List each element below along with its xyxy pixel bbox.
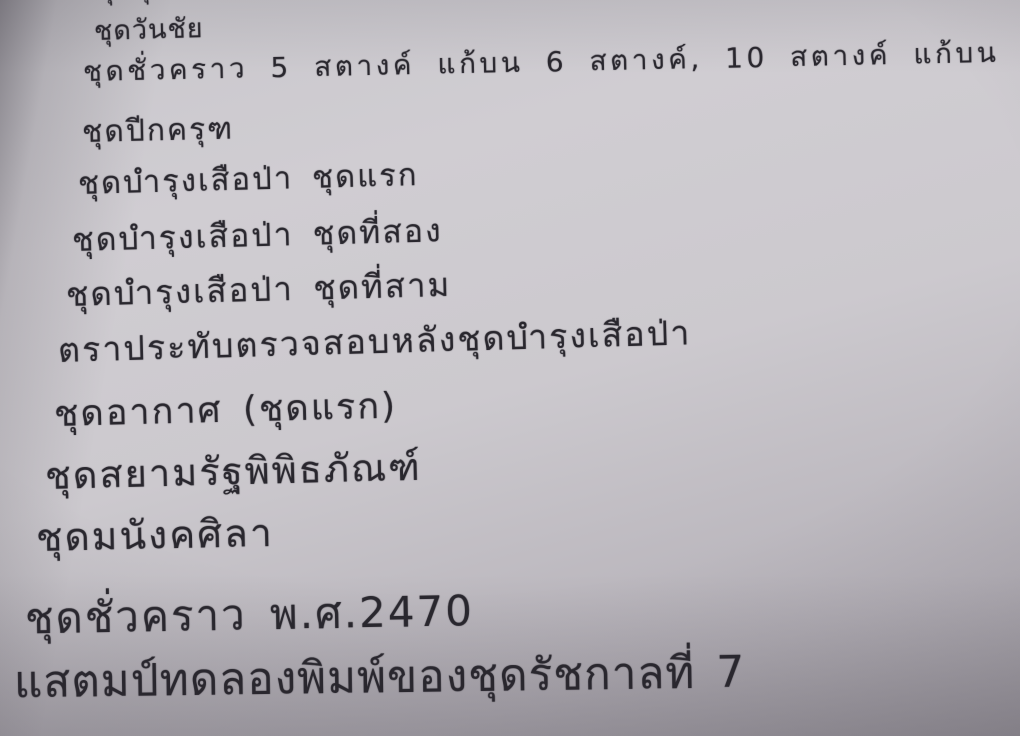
document-line: ตราประทับตรวจสอบหลังชุดบำรุงเสือป่า [57,310,692,375]
document-line: ชุดอากาศ (ชุดแรก) [53,382,397,441]
document-line: ชุดชั่วคราว พ.ศ.2470 [24,582,474,649]
document-line: ชุดชุ [96,0,152,9]
document-line: ชุดชั่วคราว 5 สตางค์ แก้บน 6 สตางค์, 10 … [83,29,1020,91]
document-line: ชุดวันชัย [94,10,205,51]
photographed-document-page: ชุดชุชุดวันชัยชุดชั่วคราว 5 สตางค์ แก้บน… [0,0,1020,736]
document-line: ชุดบำรุงเสือป่า ชุดที่สาม [65,262,451,318]
document-line: ชุดสยามรัฐพิพิธภัณฑ์ [44,441,422,503]
document-line: ชุดบำรุงเสือป่า ชุดแรก [77,154,419,206]
document-line: ชุดมนังคศิลา [35,507,274,567]
document-line: ชุดปีกครุฑ [82,109,235,154]
document-line: แสตมป์ทดลองพิมพ์ของชุดรัชกาลที่ 7 [14,642,746,714]
document-line: ชุดบำรุงเสือป่า ชุดที่สอง [71,208,443,262]
document-text: ชุดชุชุดวันชัยชุดชั่วคราว 5 สตางค์ แก้บน… [0,0,1020,736]
